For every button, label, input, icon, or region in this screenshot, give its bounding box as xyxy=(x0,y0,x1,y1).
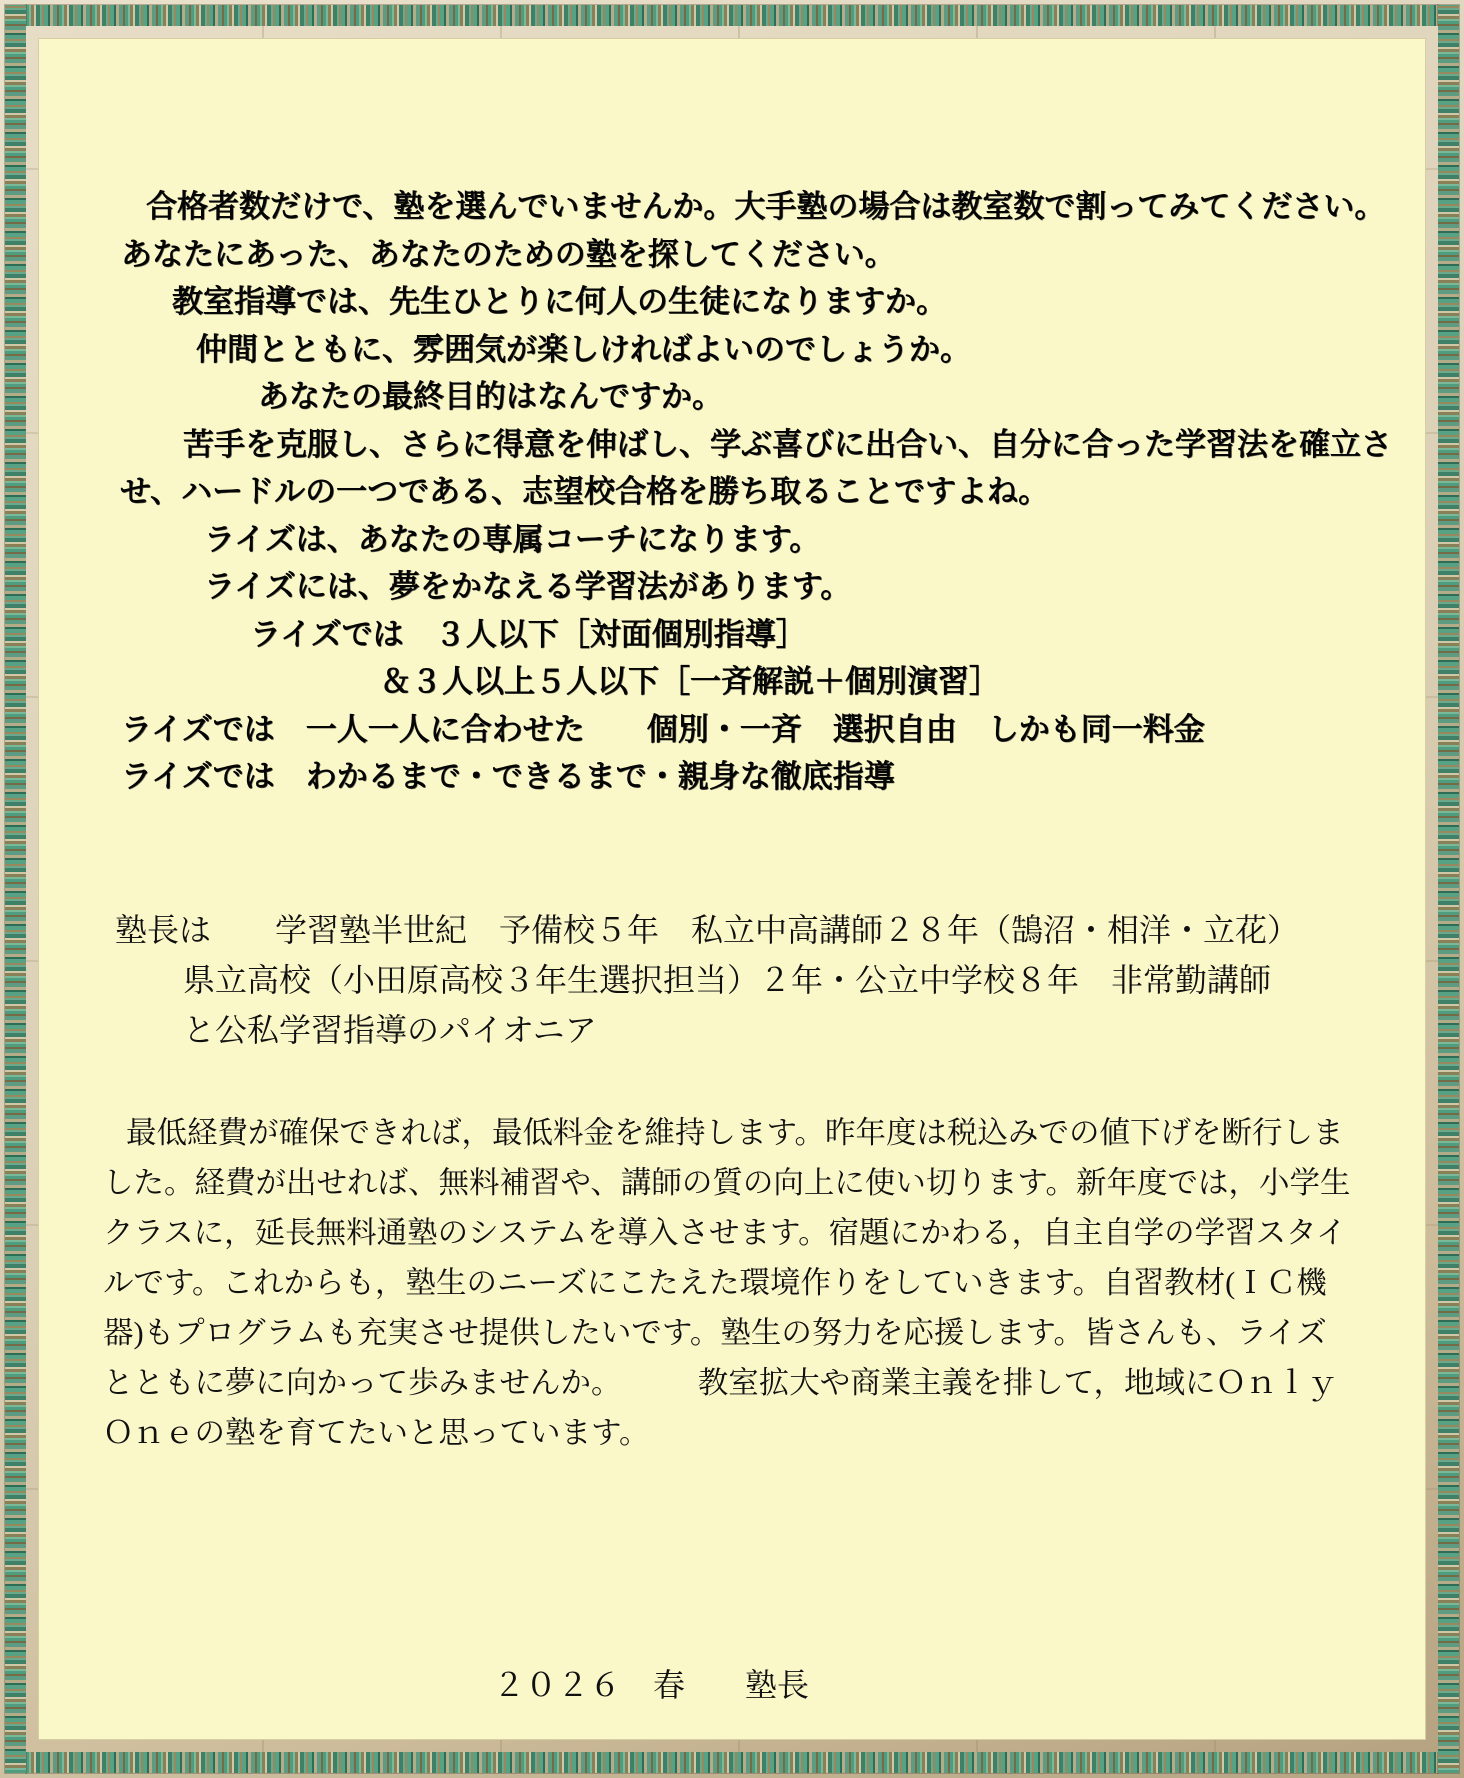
opening-line: ライズでは ３人以下［対面個別指導］ xyxy=(250,611,1426,659)
woven-border-top xyxy=(26,5,1438,26)
message-line: ルです。これからも，塾生のニーズにこたえた環境作りをしていきます。自習教材(ＩＣ… xyxy=(103,1258,1403,1308)
opening-line: ライズでは わかるまで・できるまで・親身な徹底指導 xyxy=(121,753,1426,801)
principal-message: 最低経費が確保できれば，最低料金を維持します。昨年度は税込みでの値下げを断行しま… xyxy=(103,1108,1403,1458)
principal-credentials: 塾長は 学習塾半世紀 予備校５年 私立中高講師２８年（鵠沼・相洋・立花） 県立高… xyxy=(38,905,1426,1055)
woven-border-right xyxy=(1438,5,1459,1773)
message-line: 最低経費が確保できれば，最低料金を維持します。昨年度は税込みでの値下げを断行しま xyxy=(126,1108,1403,1158)
opening-statement: 合格者数だけで、塾を選んでいませんか。大手塾の場合は教室数で割ってみてください。… xyxy=(38,183,1426,801)
opening-line: せ、ハードルの一つである、志望校合格を勝ち取ることですよね。 xyxy=(120,468,1426,516)
date-text: ２０２６ 春 xyxy=(493,1660,685,1710)
woven-border-left xyxy=(5,5,26,1773)
opening-line: ライズは、あなたの専属コーチになります。 xyxy=(204,516,1426,564)
principal-line: 塾長は 学習塾半世紀 予備校５年 私立中高講師２８年（鵠沼・相洋・立花） xyxy=(115,905,1426,955)
opening-line: 苦手を克服し、さらに得意を伸ばし、学ぶ喜びに出合い、自分に合った学習法を確立さ xyxy=(183,421,1426,469)
opening-line: 合格者数だけで、塾を選んでいませんか。大手塾の場合は教室数で割ってみてください。 xyxy=(146,183,1426,231)
opening-line: ライズには、夢をかなえる学習法があります。 xyxy=(204,563,1426,611)
woven-border-bottom xyxy=(26,1752,1438,1773)
opening-line: あなたの最終目的はなんですか。 xyxy=(258,373,1426,421)
signature-text: 塾長 xyxy=(745,1660,809,1710)
principal-line: 県立高校（小田原高校３年生選択担当）２年・公立中学校８年 非常勤講師 xyxy=(183,955,1426,1005)
opening-line: ＆３人以上５人以下［一斉解説＋個別演習］ xyxy=(380,658,1426,706)
message-line: 器)もプログラムも充実させ提供したいです。塾生の努力を応援します。皆さんも、ライ… xyxy=(103,1308,1403,1358)
tapestry-frame: 合格者数だけで、塾を選んでいませんか。大手塾の場合は教室数で割ってみてください。… xyxy=(0,0,1464,1778)
message-line: クラスに，延長無料通塾のシステムを導入させます。宿題にかわる，自主自学の学習スタ… xyxy=(103,1208,1403,1258)
opening-line: 教室指導では、先生ひとりに何人の生徒になりますか。 xyxy=(172,278,1426,326)
principal-line: と公私学習指導のパイオニア xyxy=(183,1005,1426,1055)
message-line: とともに夢に向かって歩みませんか。 教室拡大や商業主義を排して，地域にＯｎｌｙ xyxy=(103,1358,1403,1408)
message-line: Ｏｎｅの塾を育てたいと思っています。 xyxy=(103,1408,1403,1458)
letter-body: 合格者数だけで、塾を選んでいませんか。大手塾の場合は教室数で割ってみてください。… xyxy=(38,38,1426,1740)
opening-line: ライズでは 一人一人に合わせた 個別・一斉 選択自由 しかも同一料金 xyxy=(121,706,1426,754)
message-line: した。経費が出せれば、無料補習や、講師の質の向上に使い切ります。新年度では，小学… xyxy=(103,1158,1403,1208)
date-signature: ２０２６ 春 塾長 xyxy=(493,1660,809,1710)
opening-line: 仲間とともに、雰囲気が楽しければよいのでしょうか。 xyxy=(196,326,1426,374)
opening-line: あなたにあった、あなたのための塾を探してください。 xyxy=(121,231,1426,279)
